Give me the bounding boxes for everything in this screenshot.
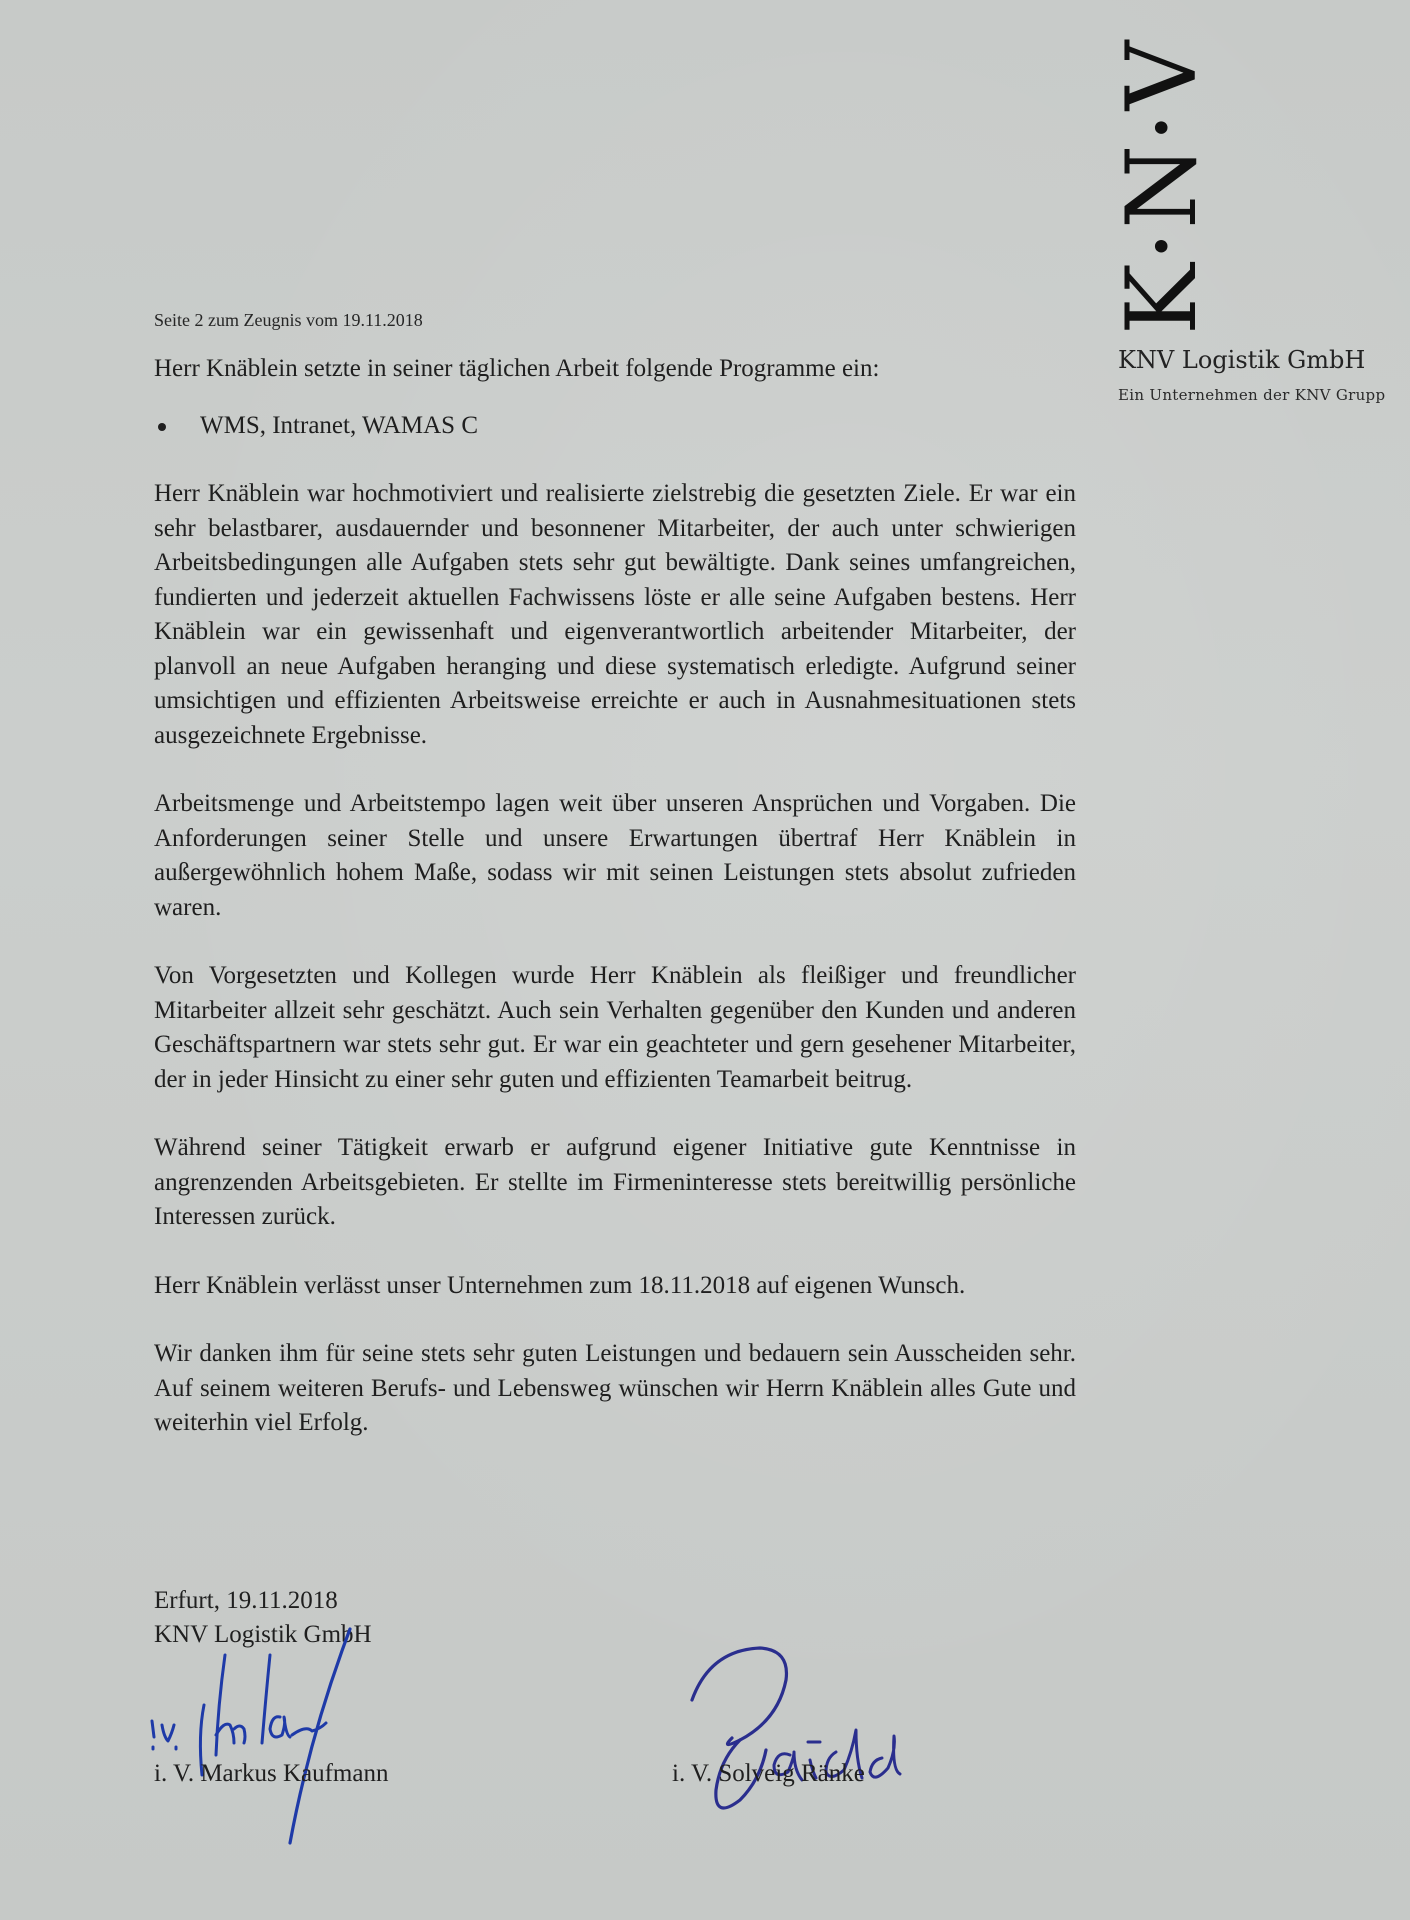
program-list-item: WMS, Intranet, WAMAS C bbox=[154, 409, 1076, 444]
page-reference: Seite 2 zum Zeugnis vom 19.11.2018 bbox=[154, 310, 423, 331]
paragraph-farewell: Wir danken ihm für seine stets sehr gute… bbox=[154, 1337, 1076, 1441]
paragraph-departure: Herr Knäblein verlässt unser Unternehmen… bbox=[154, 1269, 1076, 1304]
reference-letter-body: Herr Knäblein setzte in seiner täglichen… bbox=[154, 352, 1076, 1475]
paragraph-performance: Herr Knäblein war hochmotiviert und real… bbox=[154, 477, 1076, 753]
closing-block: Erfurt, 19.11.2018 KNV Logistik GmbH bbox=[154, 1584, 372, 1652]
logo-wordmark: K·N·V bbox=[1114, 39, 1210, 335]
signature-kaufmann bbox=[140, 1625, 450, 1855]
closing-company: KNV Logistik GmbH bbox=[154, 1618, 372, 1652]
place-date: Erfurt, 19.11.2018 bbox=[154, 1584, 372, 1618]
letterhead-tagline: Ein Unternehmen der KNV Grupp bbox=[1118, 386, 1385, 404]
signer-raenke: i. V. Solveig Ränke bbox=[672, 1757, 865, 1791]
company-logo: K·N·V bbox=[1112, 42, 1212, 332]
program-list: WMS, Intranet, WAMAS C bbox=[154, 409, 1076, 444]
paragraph-workload: Arbeitsmenge und Arbeitstempo lagen weit… bbox=[154, 787, 1076, 925]
paragraph-conduct: Von Vorgesetzten und Kollegen wurde Herr… bbox=[154, 959, 1076, 1097]
letterhead-company-name: KNV Logistik GmbH bbox=[1118, 346, 1365, 374]
signature-raenke bbox=[660, 1640, 960, 1820]
intro-paragraph: Herr Knäblein setzte in seiner täglichen… bbox=[154, 352, 1076, 387]
signer-kaufmann: i. V. Markus Kaufmann bbox=[154, 1757, 388, 1791]
paragraph-initiative: Während seiner Tätigkeit erwarb er aufgr… bbox=[154, 1131, 1076, 1235]
